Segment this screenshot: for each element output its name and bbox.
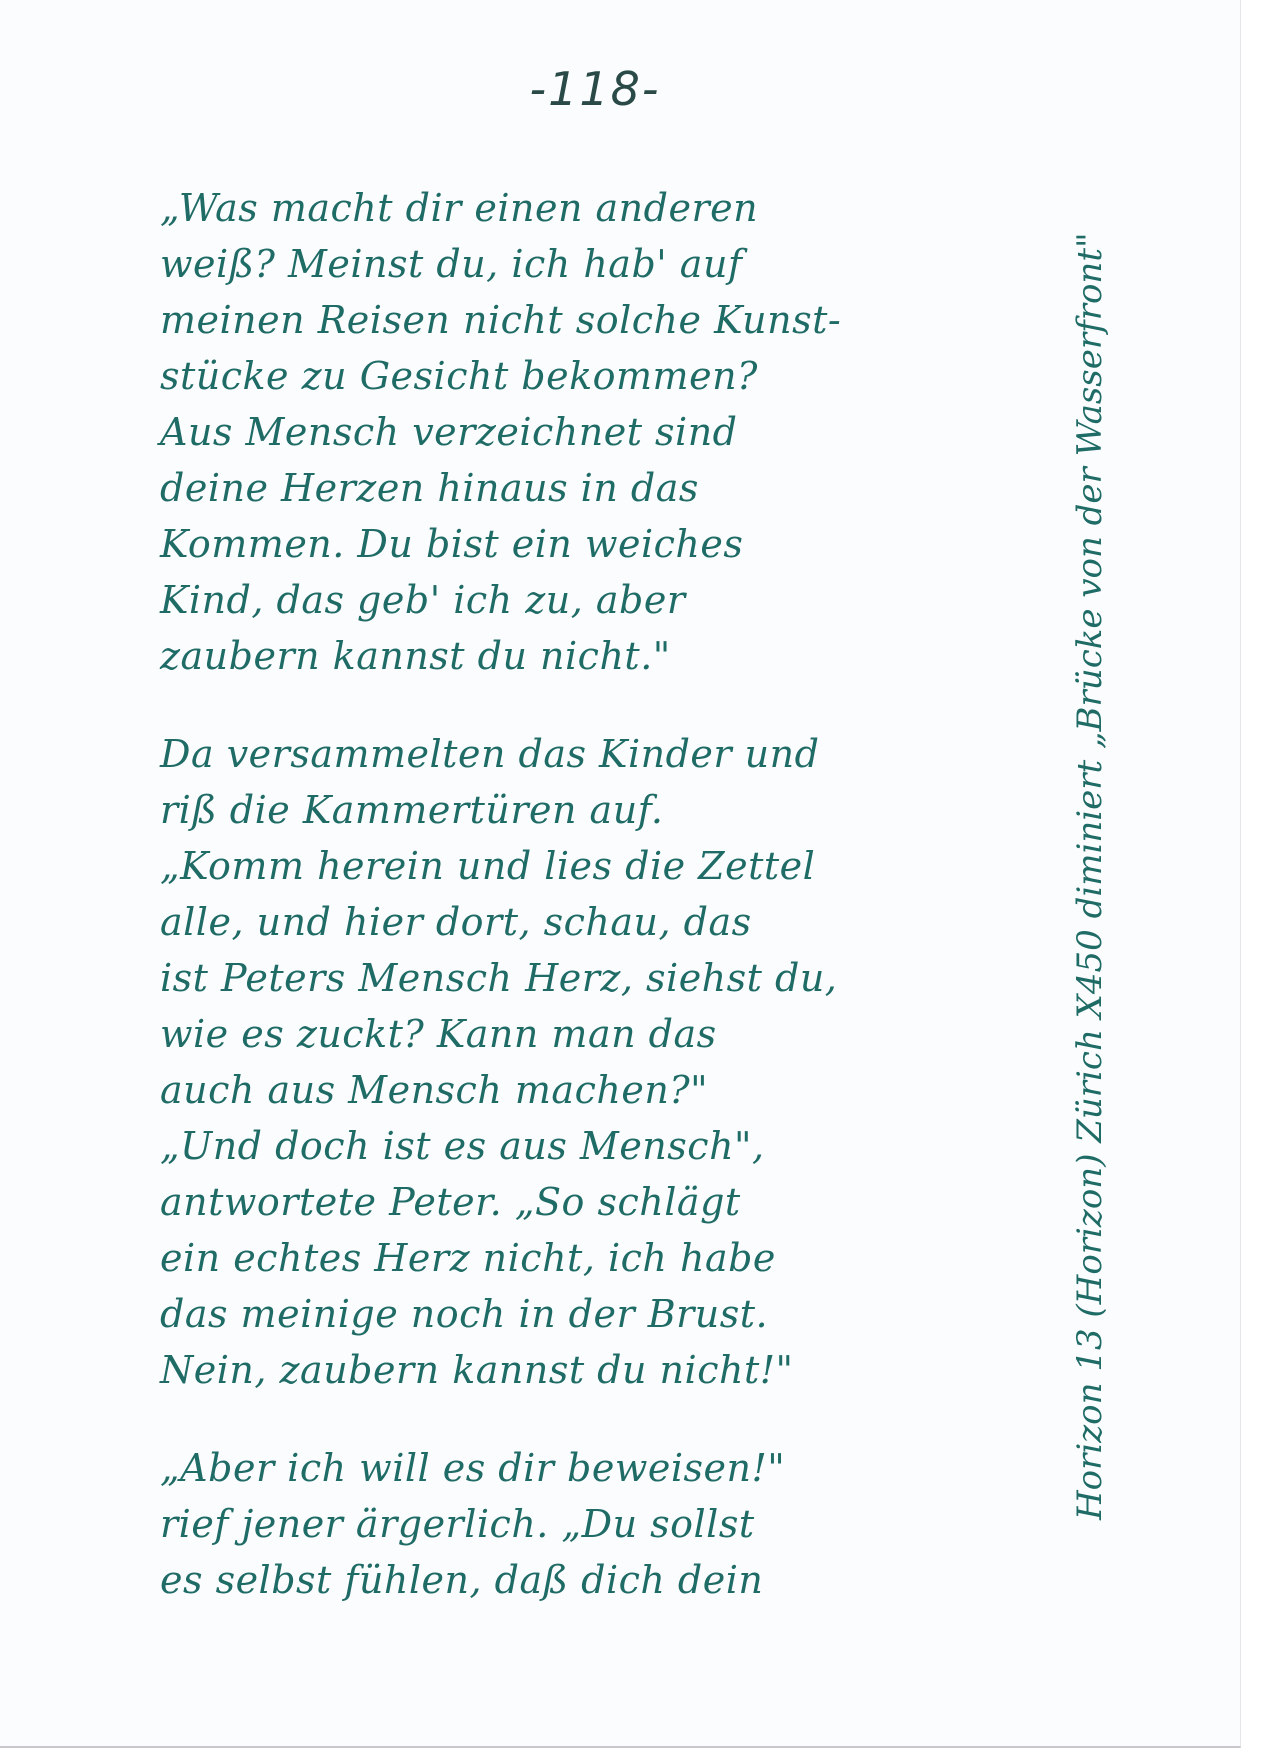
text-line: ist Peters Mensch Herz, siehst du, (160, 950, 1040, 1006)
text-line: deine Herzen hinaus in das (160, 460, 1040, 516)
text-line: weiß? Meinst du, ich hab' auf (160, 236, 1040, 292)
text-line: Da versammelten das Kinder und (160, 726, 1040, 782)
text-line: zaubern kannst du nicht." (160, 628, 1040, 684)
paragraph-3: „Aber ich will es dir beweisen!" rief je… (160, 1440, 1040, 1608)
text-line: „Was macht dir einen anderen (160, 180, 1040, 236)
text-line: „Komm herein und lies die Zettel (160, 838, 1040, 894)
text-line: rief jener ärgerlich. „Du sollst (160, 1496, 1040, 1552)
text-line: auch aus Mensch machen?" (160, 1062, 1040, 1118)
text-line: alle, und hier dort, schau, das (160, 894, 1040, 950)
text-line: das meinige noch in der Brust. (160, 1286, 1040, 1342)
text-line: meinen Reisen nicht solche Kunst- (160, 292, 1040, 348)
paragraph-2: Da versammelten das Kinder und riß die K… (160, 726, 1040, 1398)
text-line: Nein, zaubern kannst du nicht!" (160, 1342, 1040, 1398)
text-line: es selbst fühlen, daß dich dein (160, 1552, 1040, 1608)
paragraph-1: „Was macht dir einen anderen weiß? Meins… (160, 180, 1040, 684)
paragraph-gap (160, 1398, 1040, 1440)
text-line: „Und doch ist es aus Mensch", (160, 1118, 1040, 1174)
handwritten-body: „Was macht dir einen anderen weiß? Meins… (160, 180, 1040, 1608)
text-line: Kommen. Du bist ein weiches (160, 516, 1040, 572)
paragraph-gap (160, 684, 1040, 726)
text-line: „Aber ich will es dir beweisen!" (160, 1440, 1040, 1496)
text-line: riß die Kammertüren auf. (160, 782, 1040, 838)
vertical-margin-note: Horizon 13 (Horizon) Zürich X450 diminie… (1060, 170, 1120, 1520)
manuscript-page: -118- „Was macht dir einen anderen weiß?… (0, 0, 1241, 1748)
text-line: Aus Mensch verzeichnet sind (160, 404, 1040, 460)
text-line: stücke zu Gesicht bekommen? (160, 348, 1040, 404)
text-line: antwortete Peter. „So schlägt (160, 1174, 1040, 1230)
page-number: -118- (515, 62, 675, 116)
text-line: wie es zuckt? Kann man das (160, 1006, 1040, 1062)
text-line: ein echtes Herz nicht, ich habe (160, 1230, 1040, 1286)
text-line: Kind, das geb' ich zu, aber (160, 572, 1040, 628)
